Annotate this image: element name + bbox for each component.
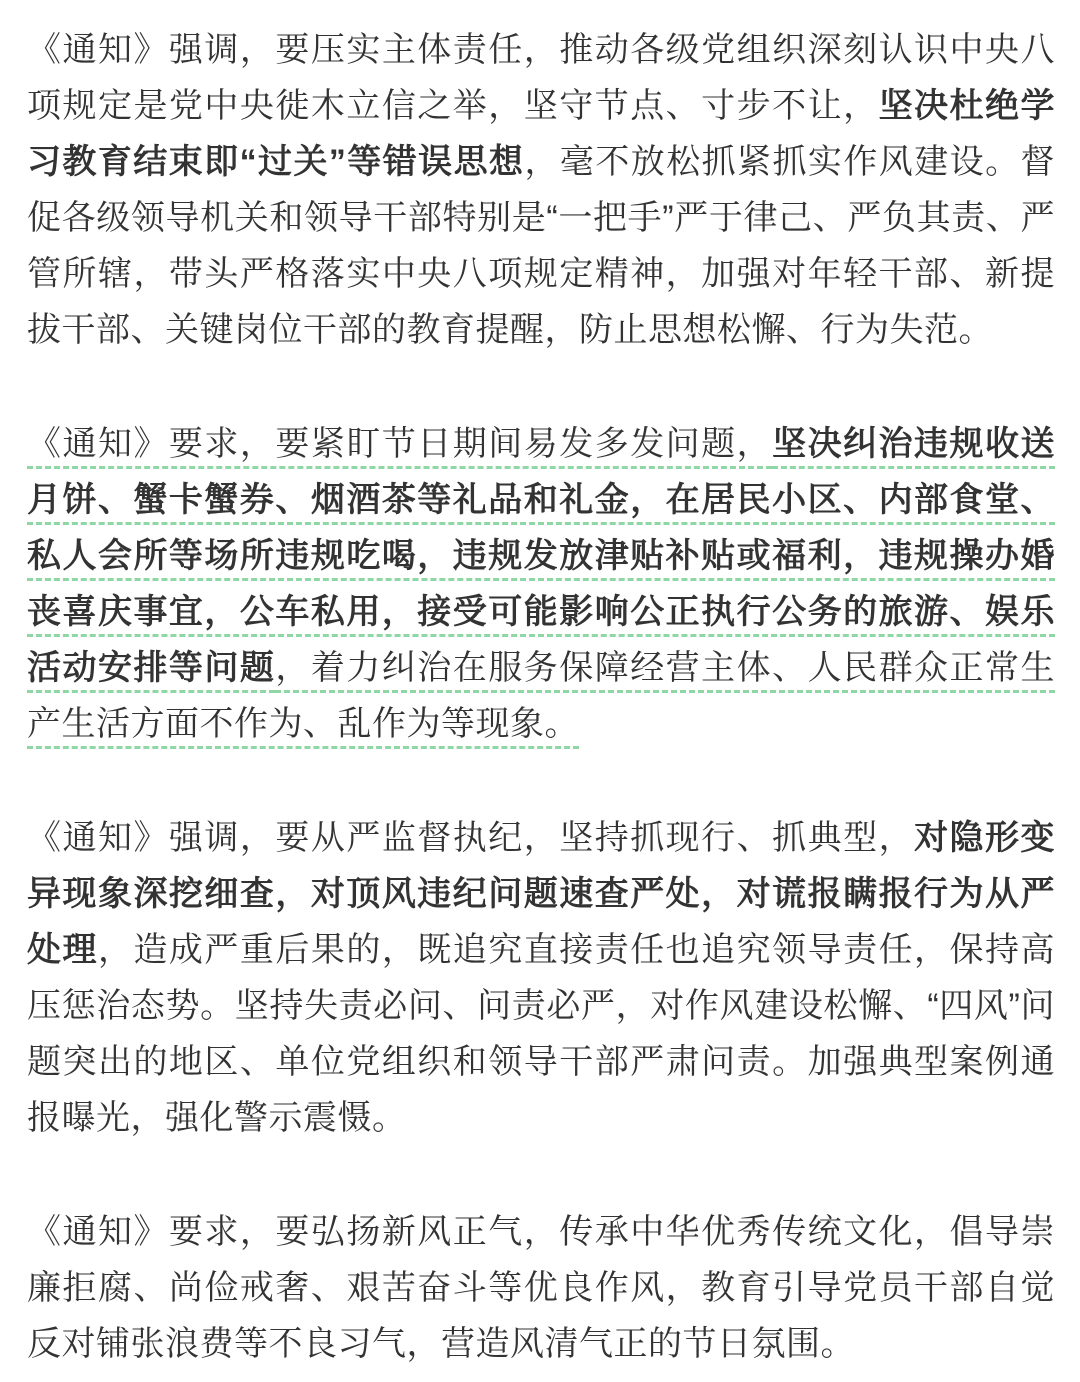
text-segment: 《通知》要求，要弘扬新风正气，传承中华优秀传统文化，倡导崇廉拒腐、尚俭戒奢、艰苦… <box>27 1213 1055 1363</box>
text-segment: 《通知》要求，要紧盯节日期间易发多发问题， <box>27 425 772 463</box>
text-segment: ，造成严重后果的，既追究直接责任也追究领导责任，保持高压惩治态势。坚持失责必问、… <box>27 931 1055 1137</box>
para-4-promote-healthy-trends: 《通知》要求，要弘扬新风正气，传承中华优秀传统文化，倡导崇廉拒腐、尚俭戒奢、艰苦… <box>27 1204 1055 1372</box>
article-body: 《通知》强调，要压实主体责任，推动各级党组织深刻认识中央八项规定是党中央徙木立信… <box>0 0 1080 1382</box>
text-segment: 坚决纠治违规收送月饼、蟹卡蟹券、烟酒茶等礼品和礼金，在居民小区、内部食堂、私人会… <box>27 425 1055 687</box>
para-1-consolidate-responsibility: 《通知》强调，要压实主体责任，推动各级党组织深刻认识中央八项规定是党中央徙木立信… <box>27 22 1055 358</box>
article-page: { "page": { "background_color": "#ffffff… <box>0 0 1080 1382</box>
para-3-strict-supervision-discipline: 《通知》强调，要从严监督执纪，坚持抓现行、抓典型，对隐形变异现象深挖细查，对顶风… <box>27 810 1055 1146</box>
text-segment: 《通知》强调，要从严监督执纪，坚持抓现行、抓典型， <box>27 819 914 857</box>
para-2-holiday-problem-rectification: 《通知》要求，要紧盯节日期间易发多发问题，坚决纠治违规收送月饼、蟹卡蟹券、烟酒茶… <box>27 416 1055 752</box>
